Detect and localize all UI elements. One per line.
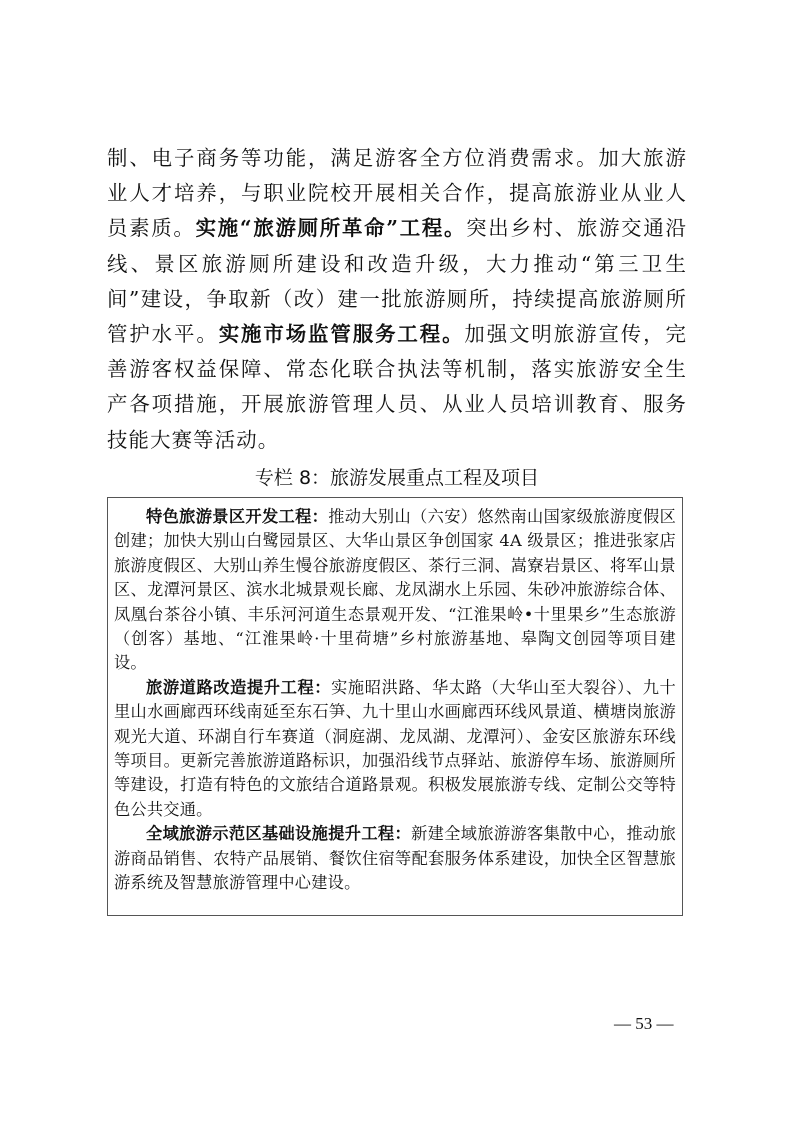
box-paragraph-scenic-areas: 特色旅游景区开发工程：推动大别山（六安）悠然南山国家级旅游度假区创建；加快大别山… (114, 505, 676, 676)
box-heading-infrastructure: 全域旅游示范区基础设施提升工程： (146, 824, 411, 843)
page-number: — 53 — (614, 1014, 674, 1034)
box-heading-scenic-areas: 特色旅游景区开发工程： (146, 507, 328, 526)
body-heading-toilet-revolution: 实施“旅游厕所革命”工程。 (196, 216, 467, 240)
box-paragraph-infrastructure: 全域旅游示范区基础设施提升工程：新建全域旅游游客集散中心，推动旅游商品销售、农特… (114, 822, 676, 895)
box-text-roads: 实施昭洪路、华太路（大华山至大裂谷）、九十里山水画廊西环线南延至东石笋、九十里山… (114, 678, 676, 819)
body-paragraph: 制、电子商务等功能，满足游客全方位消费需求。加大旅游业人才培养，与职业院校开展相… (107, 141, 687, 458)
project-box: 特色旅游景区开发工程：推动大别山（六安）悠然南山国家级旅游度假区创建；加快大别山… (107, 497, 683, 916)
box-paragraph-roads: 旅游道路改造提升工程：实施昭洪路、华太路（大华山至大裂谷）、九十里山水画廊西环线… (114, 676, 676, 822)
body-heading-market-supervision: 实施市场监管服务工程。 (219, 322, 465, 346)
box-title: 专栏 8：旅游发展重点工程及项目 (107, 465, 687, 491)
box-heading-roads: 旅游道路改造提升工程： (146, 678, 331, 697)
box-text-scenic-areas: 推动大别山（六安）悠然南山国家级旅游度假区创建；加快大别山白鹭园景区、大华山景区… (114, 507, 676, 672)
